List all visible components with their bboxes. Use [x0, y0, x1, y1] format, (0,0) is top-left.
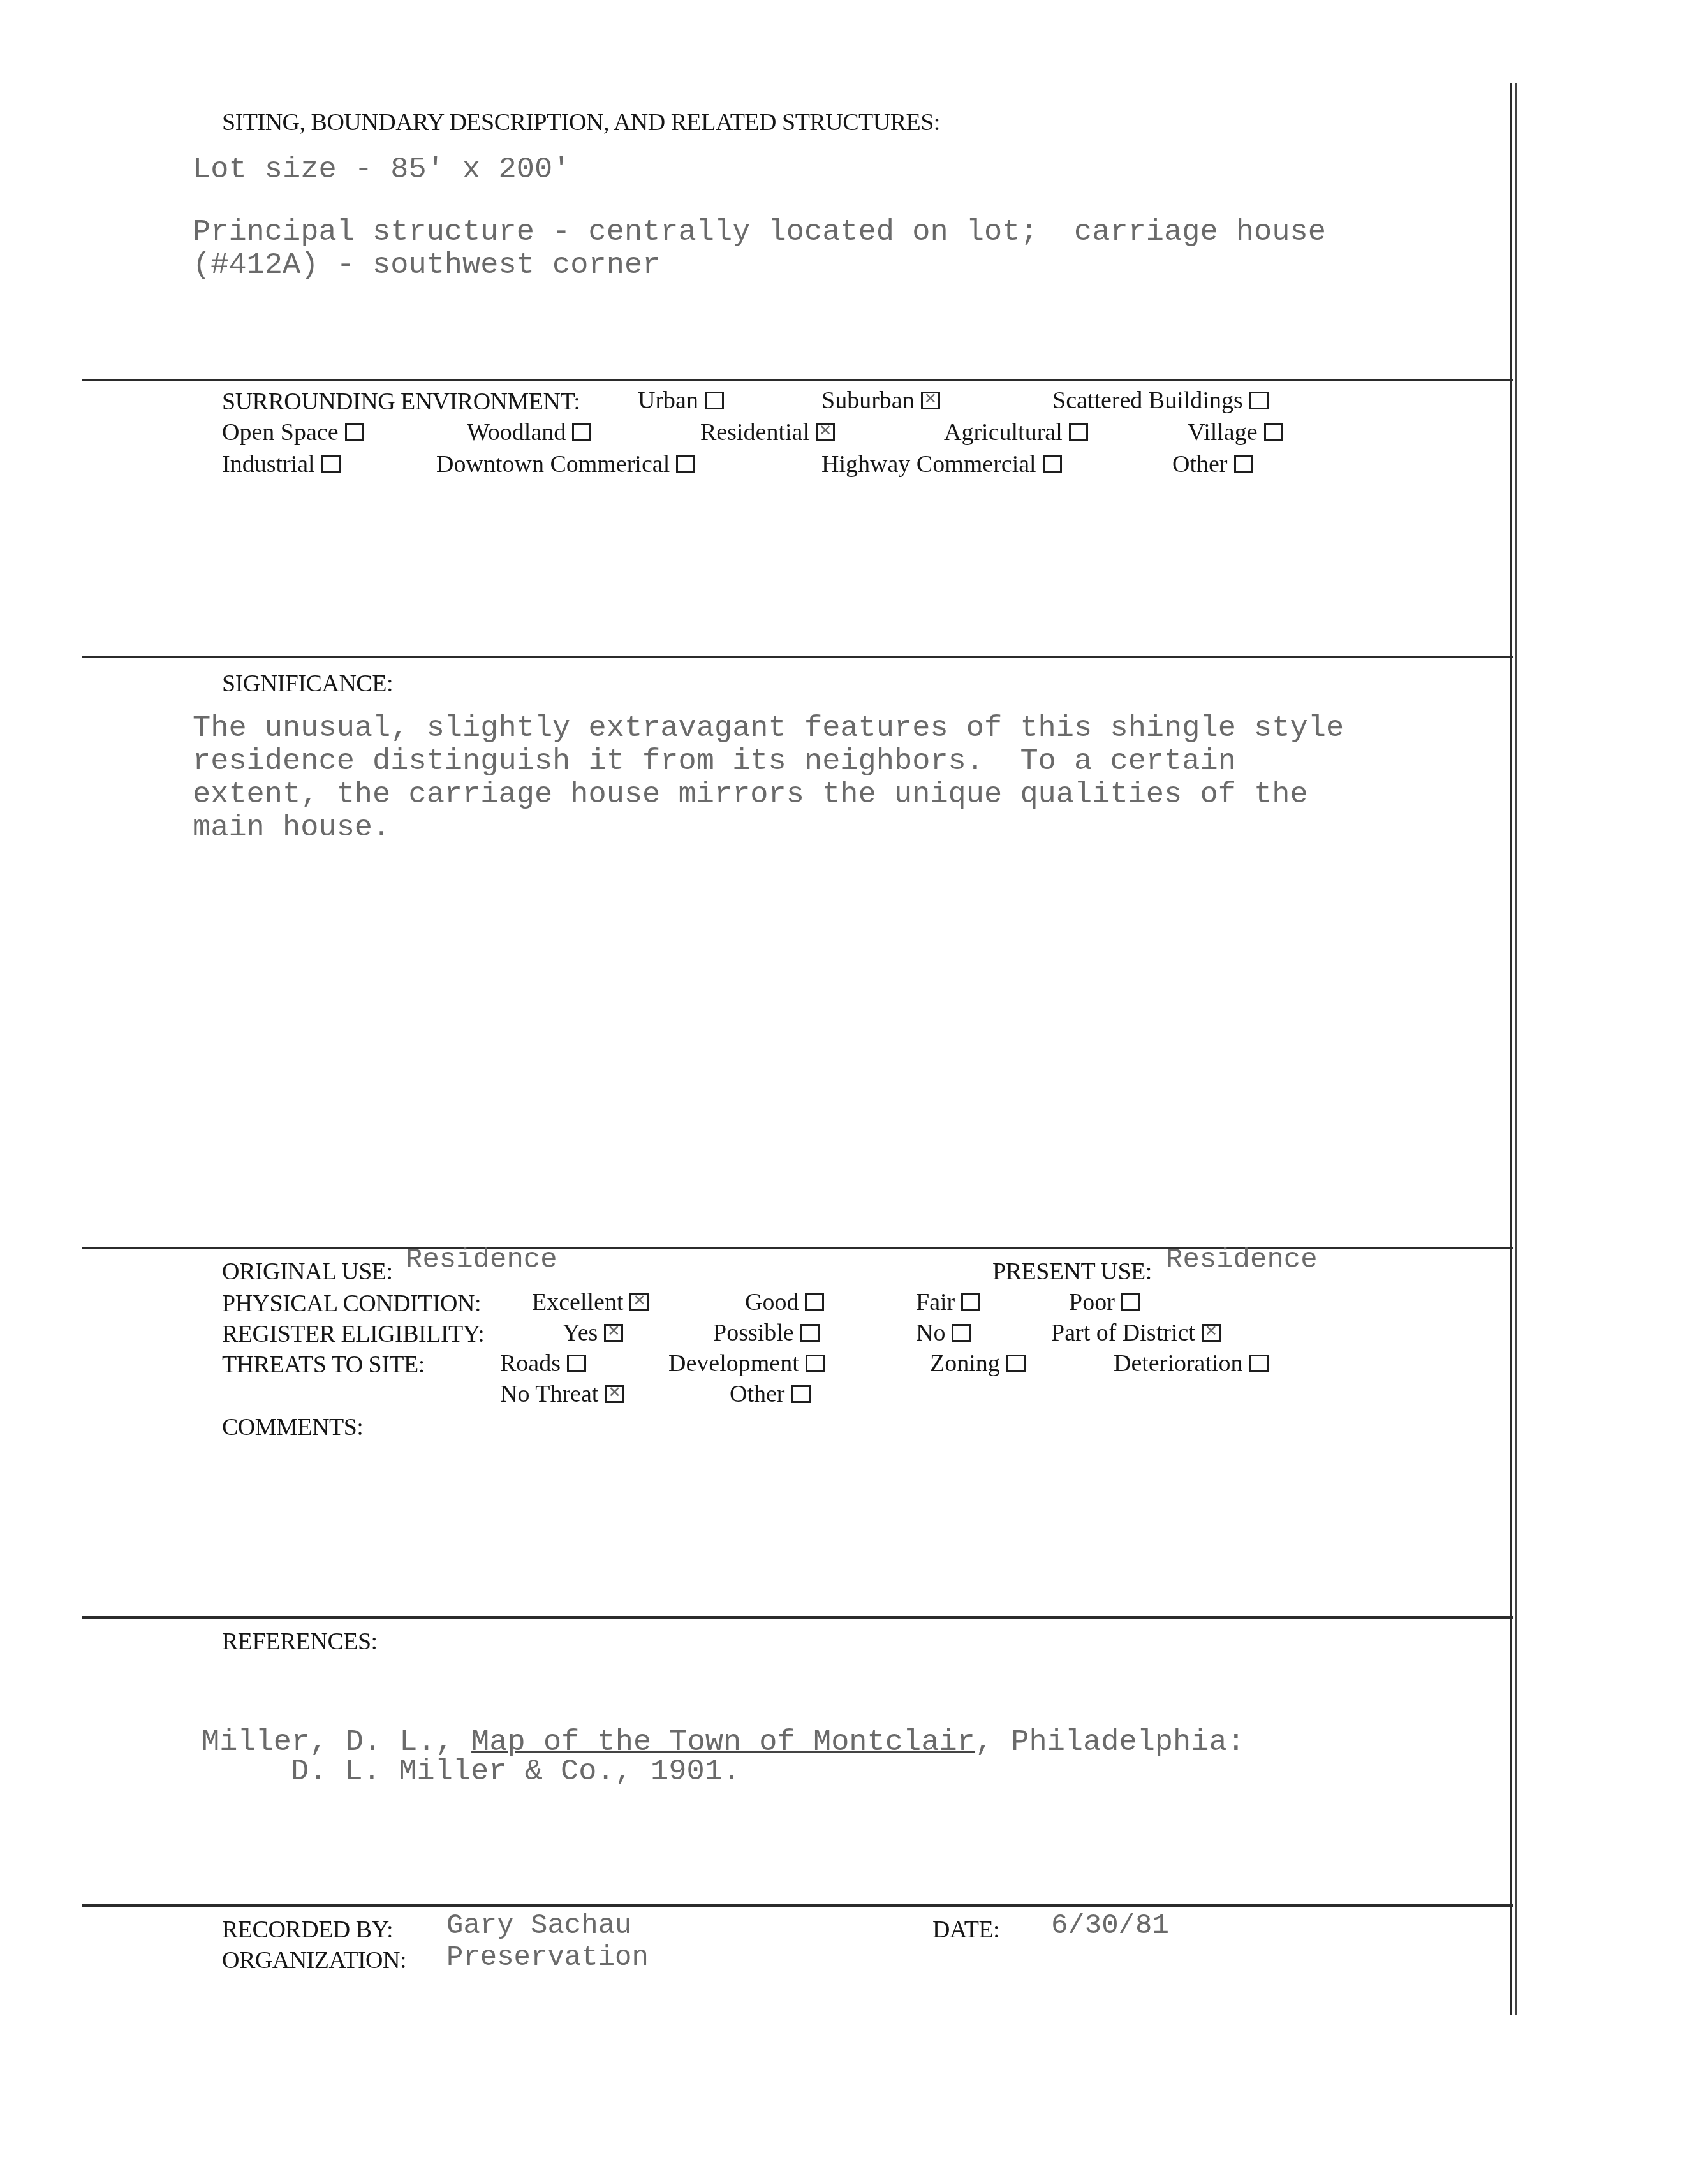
recorded-by-label: RECORDED BY:: [222, 1916, 393, 1944]
option-possible[interactable]: Possible: [713, 1319, 820, 1347]
checkbox-checked[interactable]: [605, 1385, 624, 1403]
option-fair[interactable]: Fair: [916, 1288, 980, 1316]
option-industrial[interactable]: Industrial: [222, 450, 341, 478]
reference-line-2: D. L. Miller & Co., 1901.: [291, 1755, 740, 1789]
lot-size-text: Lot size - 85' x 200': [193, 153, 570, 187]
option-open-space[interactable]: Open Space: [222, 418, 364, 446]
date-label: DATE:: [932, 1916, 999, 1944]
section-divider: [82, 1904, 1513, 1907]
option-village[interactable]: Village: [1188, 418, 1283, 446]
checkbox-checked[interactable]: [816, 423, 835, 441]
significance-line-1: The unusual, slightly extravagant featur…: [193, 712, 1344, 746]
option-other-threat[interactable]: Other: [730, 1380, 811, 1408]
survey-form-page: SITING, BOUNDARY DESCRIPTION, AND RELATE…: [0, 0, 1708, 2160]
option-deterioration[interactable]: Deterioration: [1114, 1349, 1269, 1378]
recorded-by-value[interactable]: Gary Sachau: [446, 1909, 631, 1943]
section-divider: [82, 379, 1513, 381]
checkbox[interactable]: [806, 1355, 825, 1372]
option-other-environment[interactable]: Other: [1172, 450, 1253, 478]
checkbox[interactable]: [791, 1385, 811, 1403]
checkbox[interactable]: [1249, 392, 1269, 409]
present-use-label: PRESENT USE:: [992, 1258, 1152, 1286]
checkbox-checked[interactable]: [604, 1324, 623, 1342]
date-value[interactable]: 6/30/81: [1051, 1909, 1169, 1943]
references-heading: REFERENCES:: [222, 1627, 378, 1656]
option-downtown-commerical[interactable]: Downtown Commerical: [436, 450, 695, 478]
option-good[interactable]: Good: [745, 1288, 824, 1316]
significance-line-2: residence distinguish it from its neighb…: [193, 745, 1236, 779]
significance-line-3: extent, the carriage house mirrors the u…: [193, 778, 1308, 812]
surrounding-heading: SURROUNDING ENVIRONMENT:: [222, 388, 580, 416]
checkbox[interactable]: [1006, 1355, 1026, 1372]
option-no[interactable]: No: [916, 1319, 971, 1347]
checkbox-checked[interactable]: [1202, 1324, 1221, 1342]
option-poor[interactable]: Poor: [1069, 1288, 1140, 1316]
threats-label: THREATS TO SITE:: [222, 1351, 425, 1379]
option-no-threat[interactable]: No Threat: [500, 1380, 624, 1408]
checkbox[interactable]: [952, 1324, 971, 1342]
checkbox[interactable]: [1121, 1293, 1140, 1311]
checkbox[interactable]: [961, 1293, 980, 1311]
option-development[interactable]: Development: [668, 1349, 825, 1378]
right-border-line: [1510, 83, 1512, 2015]
checkbox[interactable]: [800, 1324, 820, 1342]
principal-structure-text: Principal structure - centrally located …: [193, 216, 1326, 249]
siting-heading: SITING, BOUNDARY DESCRIPTION, AND RELATE…: [222, 108, 940, 136]
option-roads[interactable]: Roads: [500, 1349, 586, 1378]
option-residential[interactable]: Residential: [700, 418, 835, 446]
option-scattered-buildings[interactable]: Scattered Buildings: [1052, 386, 1269, 415]
checkbox[interactable]: [321, 455, 341, 473]
original-use-label: ORIGINAL USE:: [222, 1258, 393, 1286]
register-eligibility-label: REGISTER ELIGIBILITY:: [222, 1320, 484, 1348]
option-part-of-district[interactable]: Part of District: [1051, 1319, 1221, 1347]
checkbox-checked[interactable]: [921, 392, 940, 409]
checkbox[interactable]: [705, 392, 724, 409]
right-border-line-inner: [1515, 83, 1517, 2015]
checkbox[interactable]: [805, 1293, 824, 1311]
checkbox[interactable]: [1043, 455, 1062, 473]
checkbox[interactable]: [345, 423, 364, 441]
checkbox[interactable]: [1069, 423, 1088, 441]
option-urban[interactable]: Urban: [638, 386, 724, 415]
physical-condition-label: PHYSICAL CONDITION:: [222, 1289, 481, 1318]
comments-label: COMMENTS:: [222, 1413, 363, 1441]
option-zoning[interactable]: Zoning: [930, 1349, 1026, 1378]
carriage-house-text: (#412A) - southwest corner: [193, 249, 660, 283]
organization-label: ORGANIZATION:: [222, 1946, 406, 1974]
significance-heading: SIGNIFICANCE:: [222, 670, 393, 698]
option-excellent[interactable]: Excellent: [532, 1288, 649, 1316]
section-divider: [82, 656, 1513, 658]
section-divider: [82, 1616, 1513, 1619]
option-highway-commercial[interactable]: Highway Commercial: [821, 450, 1062, 478]
checkbox[interactable]: [676, 455, 695, 473]
option-suburban[interactable]: Suburban: [821, 386, 940, 415]
option-agricultural[interactable]: Agricultural: [944, 418, 1088, 446]
present-use-value[interactable]: Residence: [1166, 1244, 1318, 1277]
checkbox[interactable]: [1264, 423, 1283, 441]
option-woodland[interactable]: Woodland: [467, 418, 591, 446]
significance-line-4: main house.: [193, 811, 390, 845]
checkbox[interactable]: [572, 423, 591, 441]
checkbox[interactable]: [1249, 1355, 1269, 1372]
option-yes[interactable]: Yes: [563, 1319, 623, 1347]
checkbox[interactable]: [1234, 455, 1253, 473]
checkbox-checked[interactable]: [629, 1293, 649, 1311]
original-use-value[interactable]: Residence: [406, 1244, 557, 1277]
organization-value[interactable]: Preservation: [446, 1941, 649, 1975]
checkbox[interactable]: [567, 1355, 586, 1372]
